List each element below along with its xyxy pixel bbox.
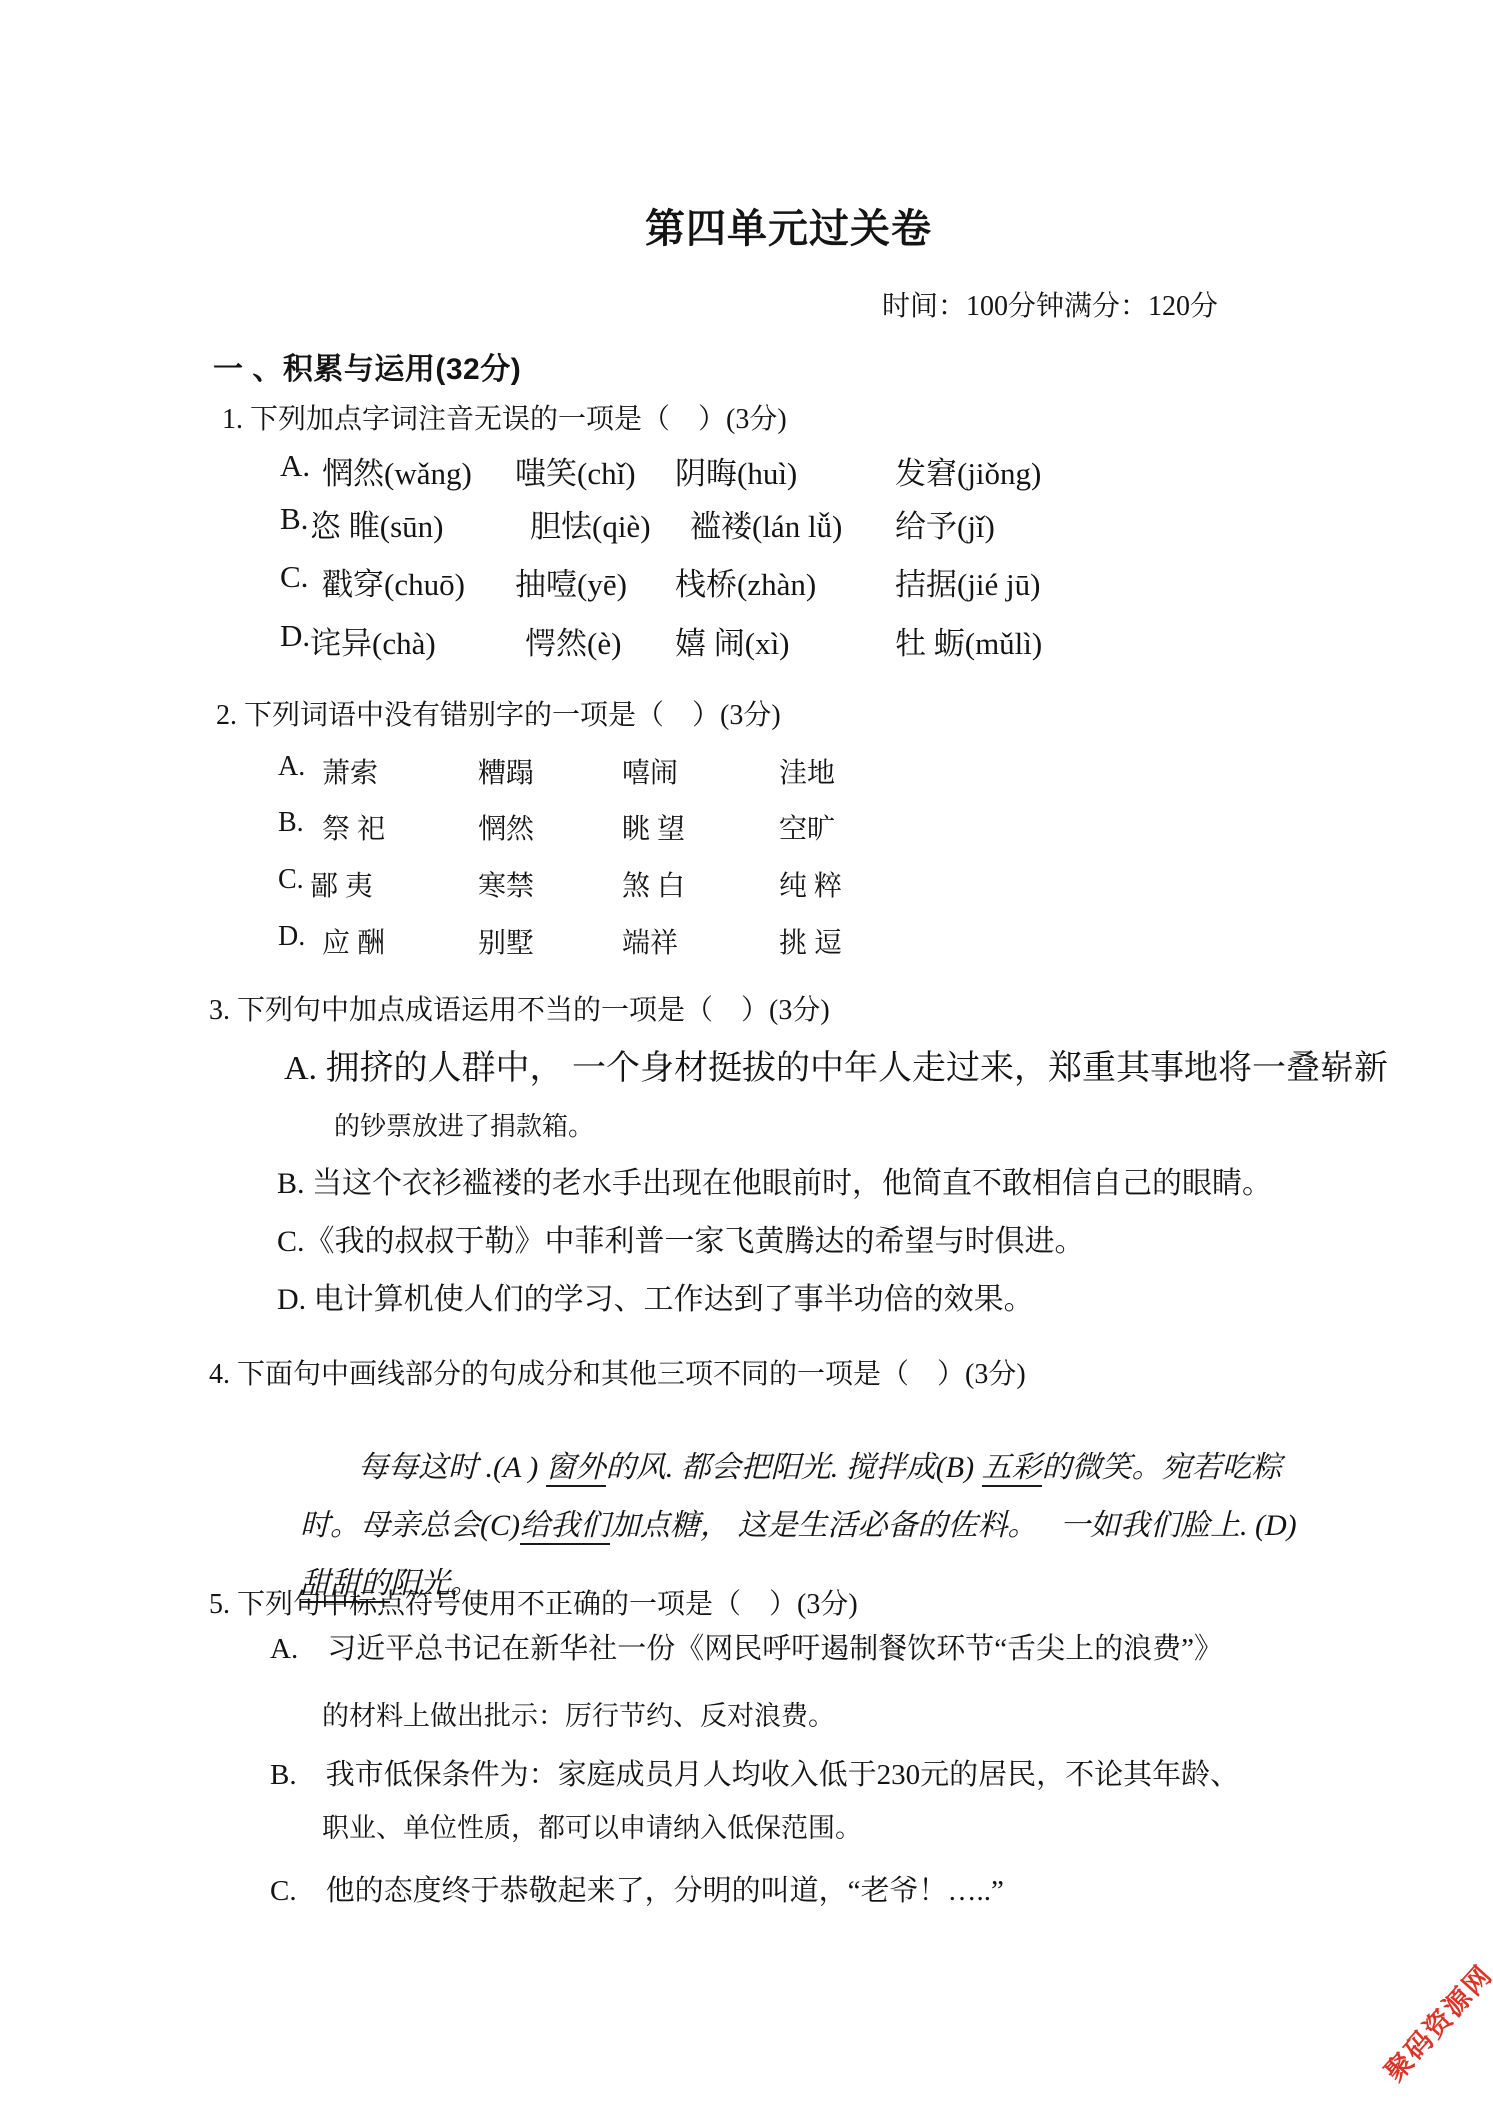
q2-option-d-word4: 挑 逗 [779,921,842,961]
q2-option-c-label: C. [278,864,304,896]
q2-stem: 2. 下列词语中没有错别字的一项是（ ）(3分) [216,693,781,733]
q1-option-a-label: A. [280,448,310,484]
q2-option-b-word4: 空旷 [779,807,835,847]
q4-line2-underlined-c: 给我们 [520,1509,610,1545]
q3-option-d: D. 电计算机使人们的学习、工作达到了事半功倍的效果。 [277,1274,1034,1318]
q1-option-row-b: B. 恣 睢(sūn) 胆怯(qiè) 褴褛(lán lǚ) 给予(jǐ) [280,501,1420,545]
q1-option-b-word1: 恣 睢(sūn) [310,501,443,546]
q2-option-c-word2: 寒禁 [478,864,534,904]
q1-option-a-word1: 惘然(wǎng) [322,448,472,493]
q1-option-b-word4: 给予(jǐ) [895,501,995,546]
q1-option-a-word4: 发窘(jiǒng) [895,448,1041,493]
q1-option-d-label: D. [280,618,310,654]
site-watermark: 聚码资源网 [1372,1953,1493,2091]
q1-option-row-a: A. 惘然(wǎng) 嗤笑(chǐ) 阴晦(huì) 发窘(jiǒng) [280,448,1420,492]
q1-stem: 1. 下列加点字词注音无误的一项是（ ）(3分) [222,397,787,437]
q1-option-b-label: B. [280,501,308,537]
q1-option-b-word3: 褴褛(lán lǚ) [690,501,842,546]
q1-option-c-word2: 抽噎(yē) [515,559,627,604]
q1-option-c-word3: 栈桥(zhàn) [675,559,816,604]
q5-option-b-line2: 职业、单位性质，都可以申请纳入低保范围。 [322,1806,862,1845]
q1-option-c-word1: 戳穿(chuō) [322,559,465,604]
q1-option-d-word2: 愕然(è) [525,618,621,663]
section-one-heading: 一 、积累与运用(32分) [213,344,521,388]
exam-time-score-meta: 时间：100分钟满分：120分 [882,284,1218,324]
q4-line2-seg2: 加点糖， 这是生活必备的佐料。 一如我们脸上. (D) [610,1509,1297,1542]
q2-option-a-word4: 洼地 [779,751,835,791]
q2-option-row-d: D. 应 酬 别墅 端祥 挑 逗 [278,921,1278,961]
q2-option-b-word3: 眺 望 [622,807,685,847]
q5-option-c-line1: C. 他的态度终于恭敬起来了，分明的叫道，“老爷！…..” [270,1868,1004,1909]
q3-option-a-line2: 的钞票放进了捐款箱。 [334,1106,594,1143]
q2-option-b-word1: 祭 祀 [322,807,385,847]
q2-option-a-word3: 嘻闹 [622,751,678,791]
q3-option-c: C.《我的叔叔于勒》中菲利普一家飞黄腾达的希望与时俱进。 [277,1216,1085,1260]
q2-option-row-c: C. 鄙 夷 寒禁 煞 白 纯 粹 [278,864,1278,904]
q2-option-a-label: A. [278,751,305,783]
q5-option-a-line1: A. 习近平总书记在新华社一份《网民呼吁遏制餐饮环节“舌尖上的浪费”》 [270,1626,1223,1667]
q2-option-d-word2: 别墅 [478,921,534,961]
q5-stem: 5. 下列句中标点符号使用不正确的一项是（ ）(3分) [209,1582,858,1622]
q1-option-c-word4: 拮据(jié jū) [895,559,1041,604]
q1-option-b-word2: 胆怯(qiè) [530,501,651,546]
q1-option-row-d: D. 诧异(chà) 愕然(è) 嬉 闹(xì) 牡 蛎(mǔlì) [280,618,1420,662]
q2-option-d-word3: 端祥 [622,921,678,961]
q1-option-a-word2: 嗤笑(chǐ) [515,448,636,493]
q2-option-a-word2: 糟蹋 [478,751,534,791]
q2-option-b-word2: 惘然 [478,807,534,847]
q3-stem: 3. 下列句中加点成语运用不当的一项是（ ）(3分) [209,988,830,1028]
q3-option-a-line1: A. 拥挤的人群中， 一个身材挺拔的中年人走过来，郑重其事地将一叠崭新 [284,1040,1388,1089]
q2-option-d-word1: 应 酬 [322,921,385,961]
q1-option-a-word3: 阴晦(huì) [675,448,797,493]
q2-option-c-word3: 煞 白 [622,864,685,904]
q3-option-b: B. 当这个衣衫褴褛的老水手出现在他眼前时，他简直不敢相信自己的眼睛。 [277,1158,1272,1202]
q2-option-row-b: B. 祭 祀 惘然 眺 望 空旷 [278,807,1278,847]
q2-option-c-word1: 鄙 夷 [310,864,373,904]
q1-option-d-word4: 牡 蛎(mǔlì) [895,618,1042,663]
page-title: 第四单元过关卷 [645,197,932,254]
q2-option-row-a: A. 萧索 糟蹋 嘻闹 洼地 [278,751,1278,791]
q1-option-c-label: C. [280,559,308,595]
q2-option-a-word1: 萧索 [322,751,378,791]
q1-option-d-word1: 诧异(chà) [310,618,436,663]
q2-option-c-word4: 纯 粹 [779,864,842,904]
q2-option-b-label: B. [278,807,304,839]
exam-paper-page: 第四单元过关卷 时间：100分钟满分：120分 一 、积累与运用(32分) 1.… [0,0,1493,2112]
q5-option-b-line1: B. 我市低保条件为：家庭成员月人均收入低于230元的居民，不论其年龄、 [270,1752,1239,1793]
q1-option-d-word3: 嬉 闹(xì) [675,618,790,663]
q5-option-a-line2: 的材料上做出批示：厉行节约、反对浪费。 [322,1694,835,1733]
q2-option-d-label: D. [278,921,305,953]
q1-option-row-c: C. 戳穿(chuō) 抽噎(yē) 栈桥(zhàn) 拮据(jié jū) [280,559,1420,603]
q4-stem: 4. 下面句中画线部分的句成分和其他三项不同的一项是（ ）(3分) [209,1352,1026,1392]
